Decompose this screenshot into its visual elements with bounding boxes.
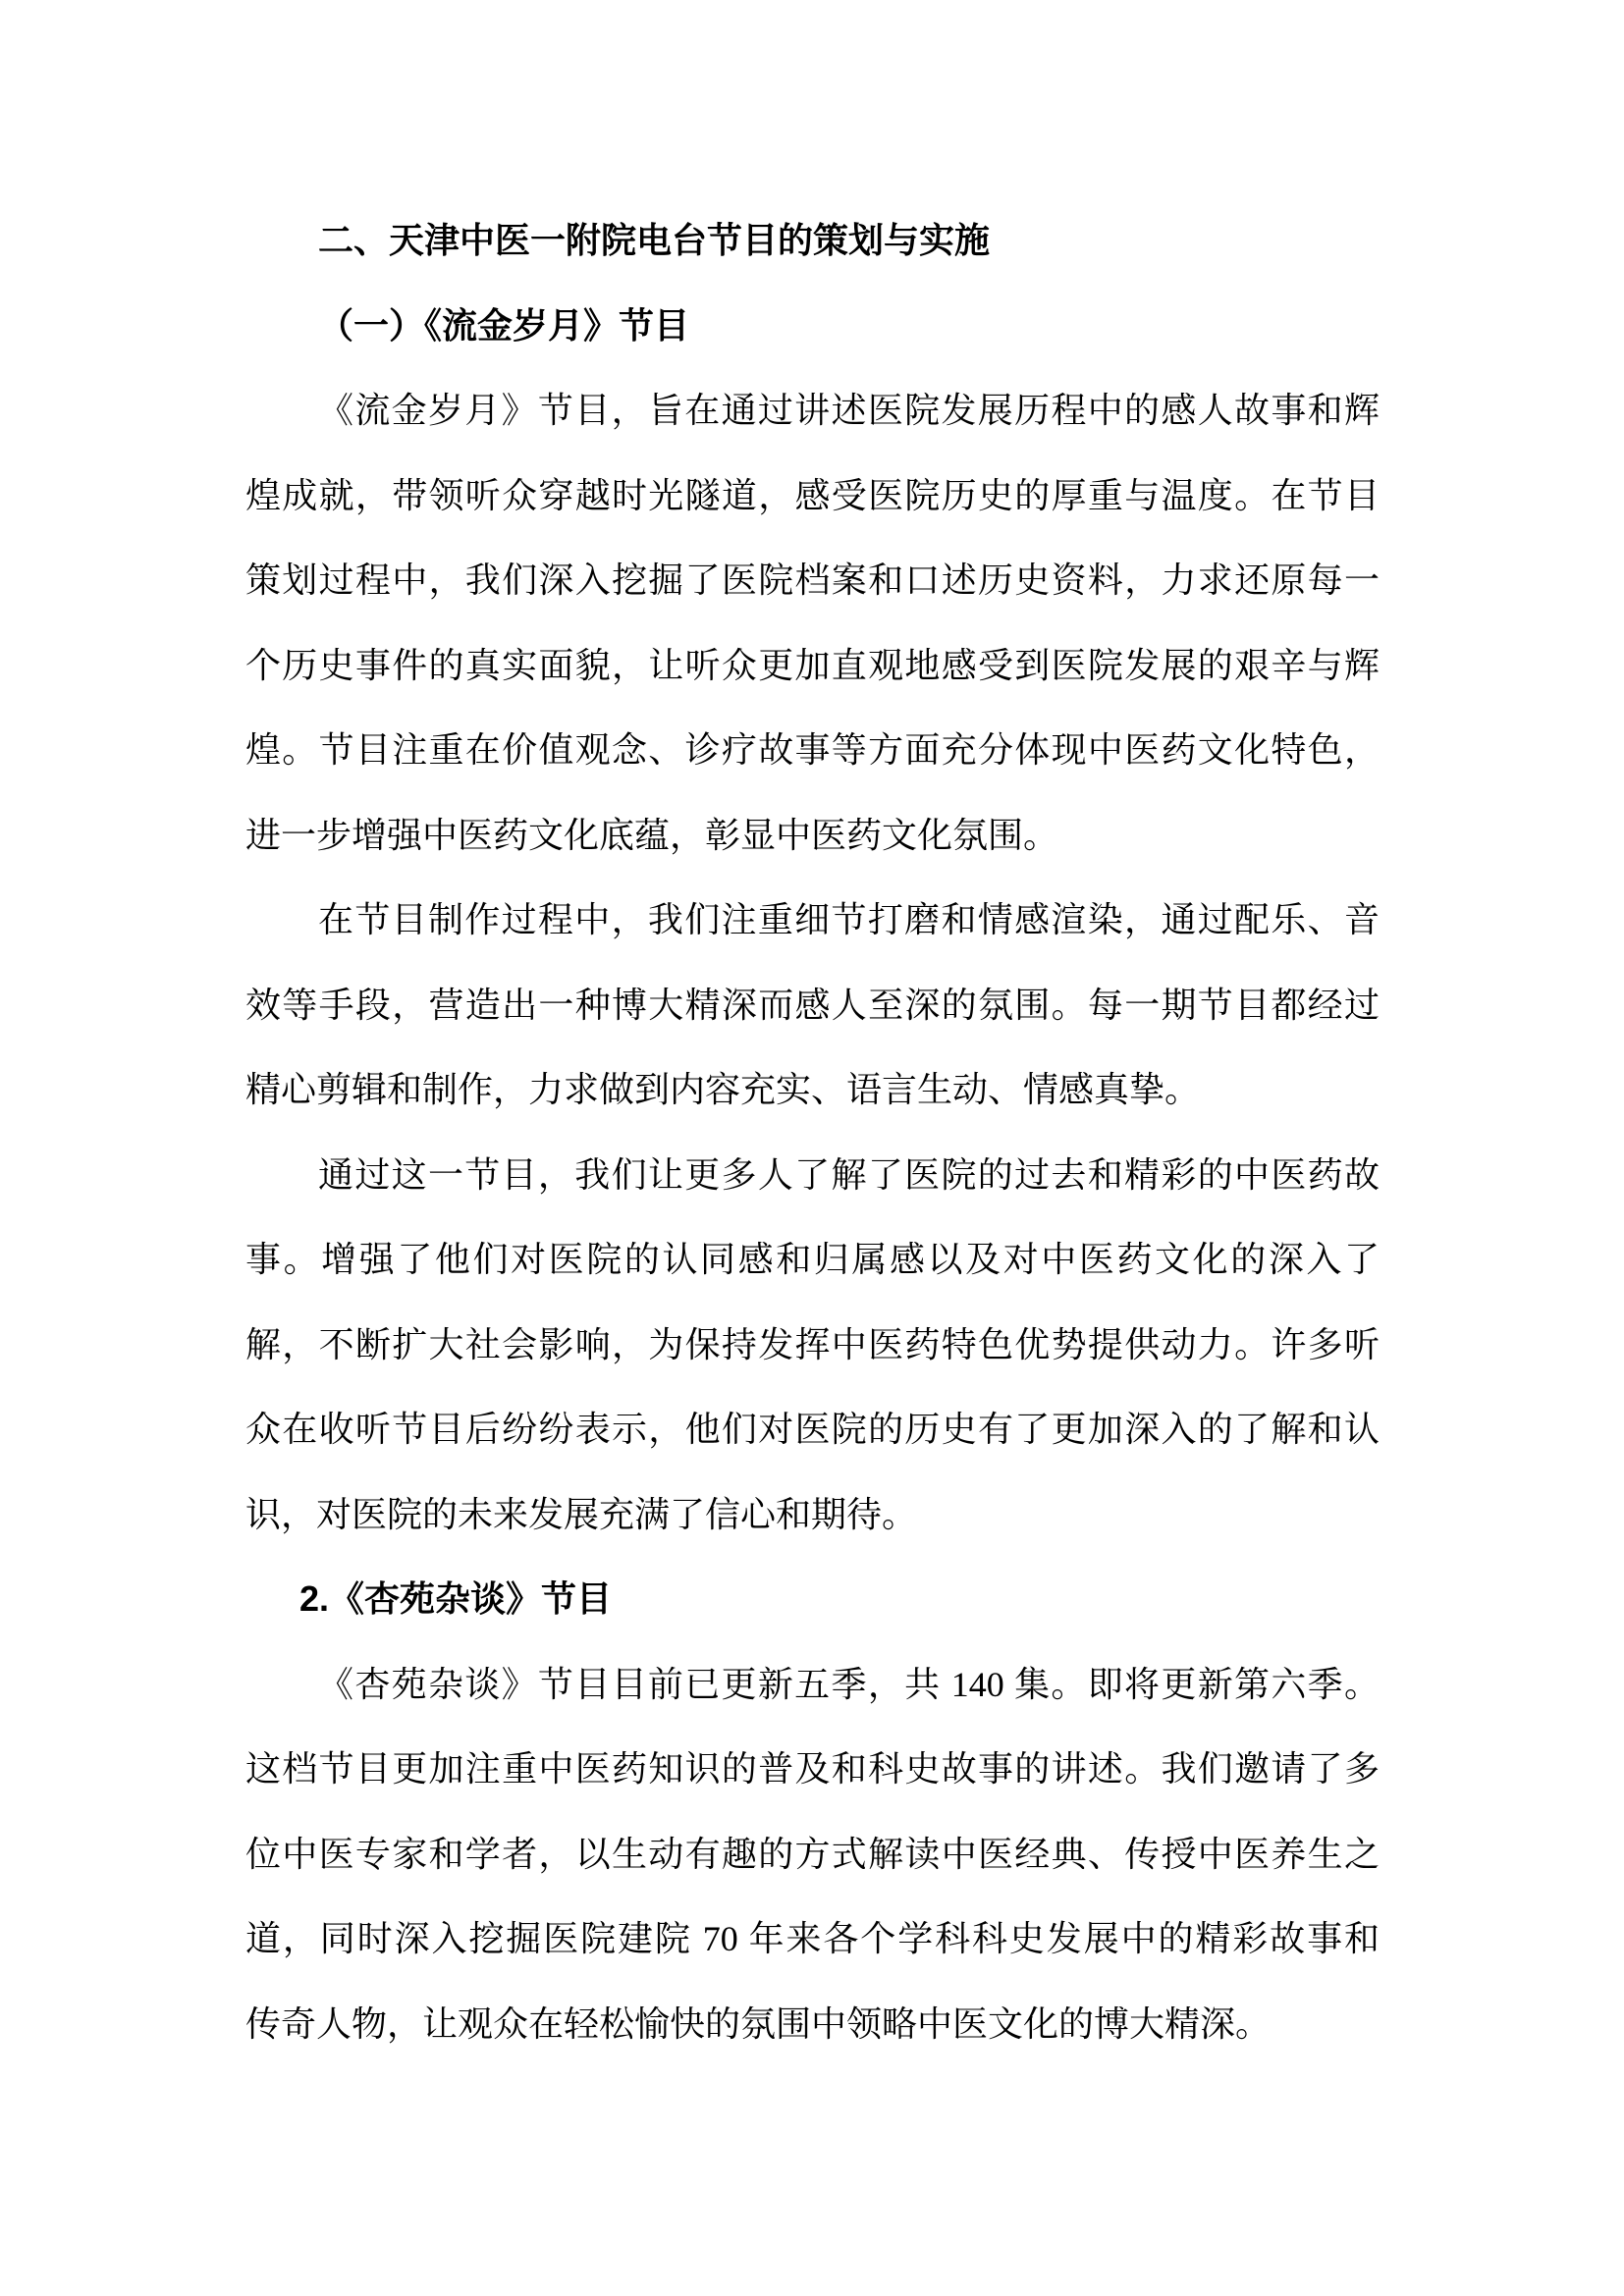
text-line: 精心剪辑和制作，力求做到内容充实、语言生动、情感真挚。 [245, 1047, 1380, 1133]
text-line: 识，对医院的未来发展充满了信心和期待。 [245, 1472, 1380, 1558]
text-line: 这档节目更加注重中医药知识的普及和科史故事的讲述。我们邀请了多 [245, 1727, 1380, 1812]
text-line: 策划过程中，我们深入挖掘了医院档案和口述历史资料，力求还原每一 [245, 538, 1380, 623]
paragraph: 《杏苑杂谈》节目目前已更新五季，共 140 集。即将更新第六季。这档节目更加注重… [245, 1642, 1380, 2067]
text-line: 位中医专家和学者，以生动有趣的方式解读中医经典、传授中医养生之 [245, 1812, 1380, 1897]
heading-level-3: 2.《杏苑杂谈》节目 [245, 1557, 1380, 1642]
text-line: 煌。节目注重在价值观念、诊疗故事等方面充分体现中医药文化特色， [245, 708, 1380, 793]
text-line: 解，不断扩大社会影响，为保持发挥中医药特色优势提供动力。许多听 [245, 1303, 1380, 1388]
heading-level-1: 二、天津中医一附院电台节目的策划与实施 [245, 198, 1380, 284]
text-line: 通过这一节目，我们让更多人了解了医院的过去和精彩的中医药故 [245, 1133, 1380, 1218]
text-line: 《杏苑杂谈》节目目前已更新五季，共 140 集。即将更新第六季。 [245, 1642, 1380, 1728]
text-line: 事。增强了他们对医院的认同感和归属感以及对中医药文化的深入了 [245, 1217, 1380, 1303]
heading-level-2: （一）《流金岁月》节目 [245, 284, 1380, 369]
document-page: 二、天津中医一附院电台节目的策划与实施（一）《流金岁月》节目《流金岁月》节目，旨… [0, 0, 1624, 2296]
paragraph: 在节目制作过程中，我们注重细节打磨和情感渲染，通过配乐、音效等手段，营造出一种博… [245, 878, 1380, 1133]
text-line: 《流金岁月》节目，旨在通过讲述医院发展历程中的感人故事和辉 [245, 368, 1380, 454]
paragraph: 《流金岁月》节目，旨在通过讲述医院发展历程中的感人故事和辉煌成就，带领听众穿越时… [245, 368, 1380, 878]
text-line: 煌成就，带领听众穿越时光隧道，感受医院历史的厚重与温度。在节目 [245, 454, 1380, 539]
text-line: 在节目制作过程中，我们注重细节打磨和情感渲染，通过配乐、音 [245, 878, 1380, 963]
text-line: 传奇人物，让观众在轻松愉快的氛围中领略中医文化的博大精深。 [245, 1982, 1380, 2067]
text-line: 个历史事件的真实面貌，让听众更加直观地感受到医院发展的艰辛与辉 [245, 623, 1380, 709]
paragraph: 通过这一节目，我们让更多人了解了医院的过去和精彩的中医药故事。增强了他们对医院的… [245, 1133, 1380, 1558]
text-line: 道，同时深入挖掘医院建院 70 年来各个学科科史发展中的精彩故事和 [245, 1896, 1380, 1982]
text-line: 众在收听节目后纷纷表示，他们对医院的历史有了更加深入的了解和认 [245, 1387, 1380, 1472]
text-line: 效等手段，营造出一种博大精深而感人至深的氛围。每一期节目都经过 [245, 963, 1380, 1048]
text-line: 进一步增强中医药文化底蕴，彰显中医药文化氛围。 [245, 793, 1380, 879]
document-content: 二、天津中医一附院电台节目的策划与实施（一）《流金岁月》节目《流金岁月》节目，旨… [245, 198, 1380, 2066]
